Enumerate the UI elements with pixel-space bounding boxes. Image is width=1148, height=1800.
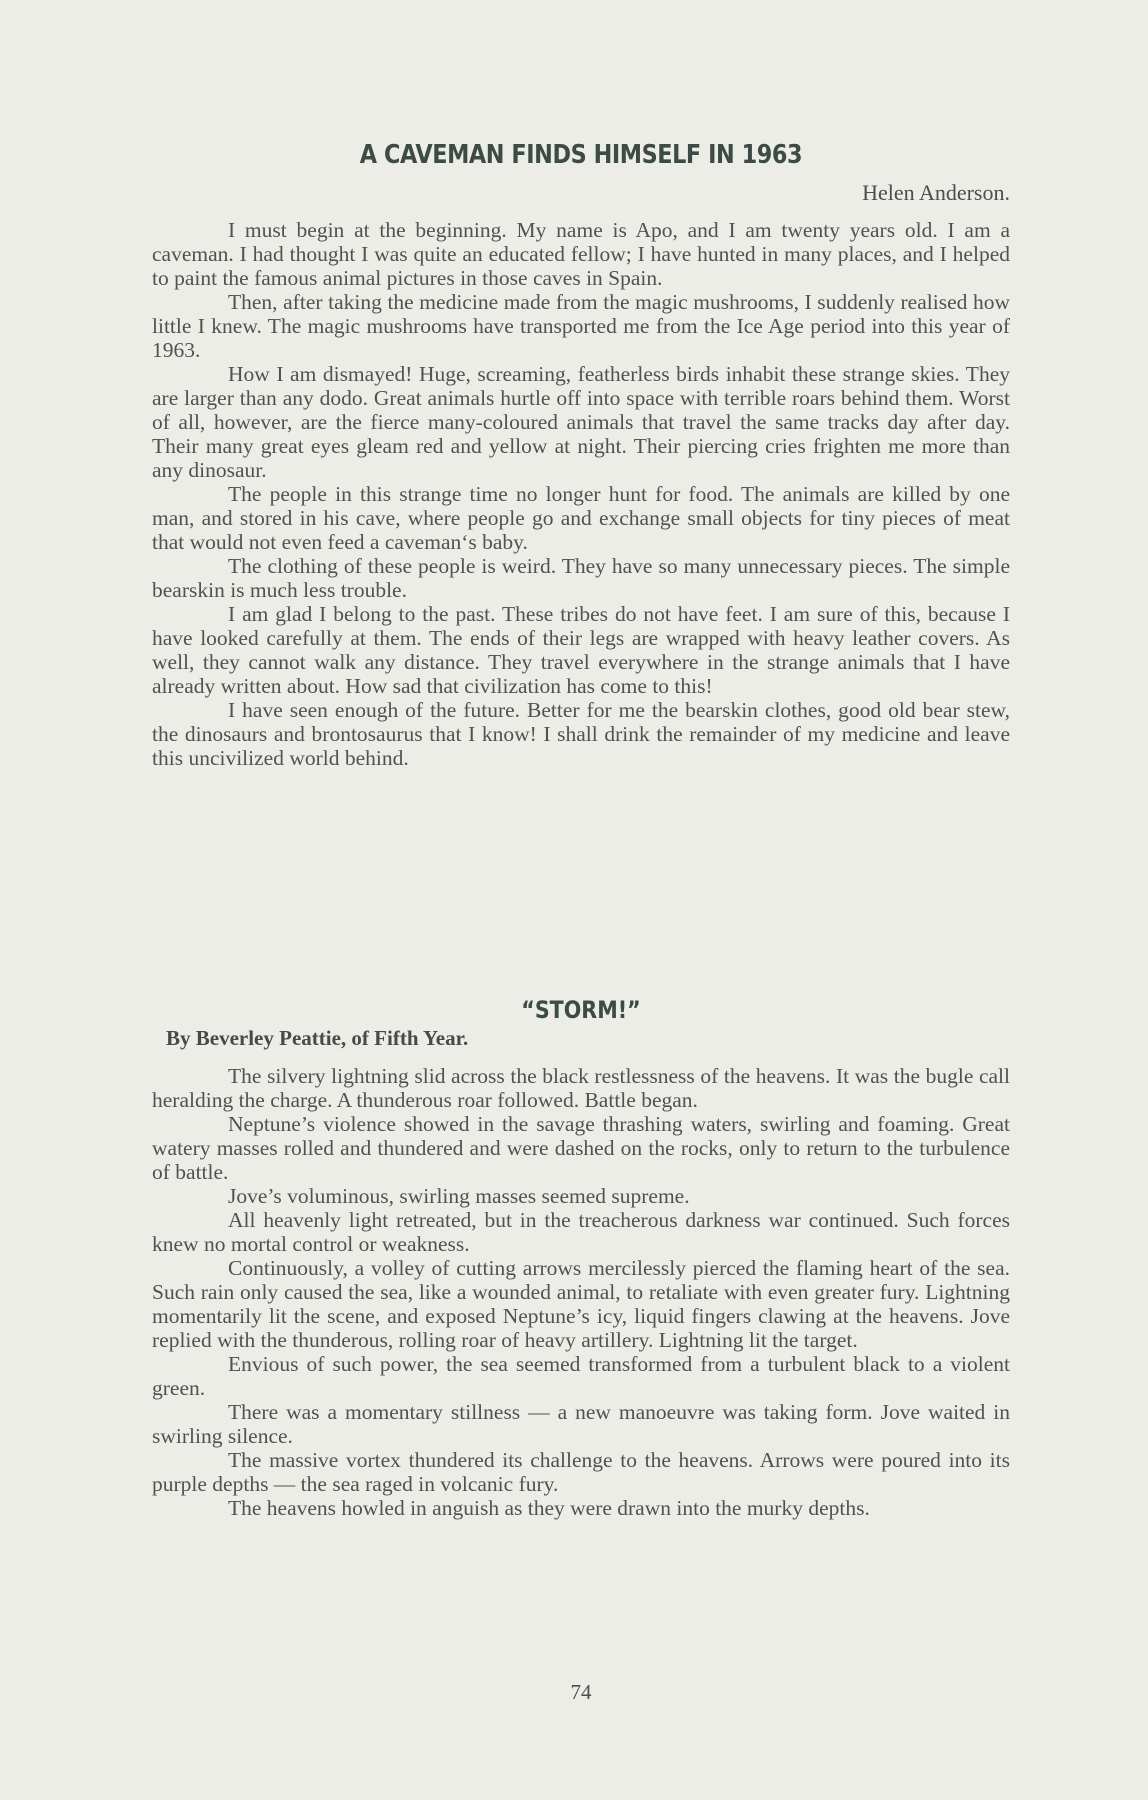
paragraph: I have seen enough of the future. Better…	[152, 698, 1010, 770]
paragraph: The heavens howled in anguish as they we…	[152, 1496, 1010, 1520]
paragraph: The people in this strange time no longe…	[152, 482, 1010, 554]
paragraph: Neptune’s violence showed in the savage …	[152, 1112, 1010, 1184]
paragraph: Then, after taking the medicine made fro…	[152, 290, 1010, 362]
paragraph: How I am dismayed! Huge, screaming, feat…	[152, 362, 1010, 482]
paragraph: The silvery lightning slid across the bl…	[152, 1064, 1010, 1112]
article-author: By Beverley Peattie, of Fifth Year.	[166, 1026, 468, 1051]
paragraph: The massive vortex thundered its challen…	[152, 1448, 1010, 1496]
paragraph: The clothing of these people is weird. T…	[152, 554, 1010, 602]
paragraph: Jove’s voluminous, swirling masses seeme…	[152, 1184, 1010, 1208]
article-body: The silvery lightning slid across the bl…	[152, 1064, 1010, 1520]
article-title: A CAVEMAN FINDS HIMSELF IN 1963	[212, 140, 950, 170]
paragraph: All heavenly light retreated, but in the…	[152, 1208, 1010, 1256]
article-body: I must begin at the beginning. My name i…	[152, 218, 1010, 770]
article-author: Helen Anderson.	[862, 180, 1010, 206]
paragraph: Envious of such power, the sea seemed tr…	[152, 1352, 1010, 1400]
paragraph: Continuously, a volley of cutting arrows…	[152, 1256, 1010, 1352]
paragraph: There was a momentary stillness — a new …	[152, 1400, 1010, 1448]
paragraph: I must begin at the beginning. My name i…	[152, 218, 1010, 290]
article-title: “STORM!”	[212, 996, 950, 1024]
paragraph: I am glad I belong to the past. These tr…	[152, 602, 1010, 698]
page-number: 74	[152, 1680, 1010, 1705]
